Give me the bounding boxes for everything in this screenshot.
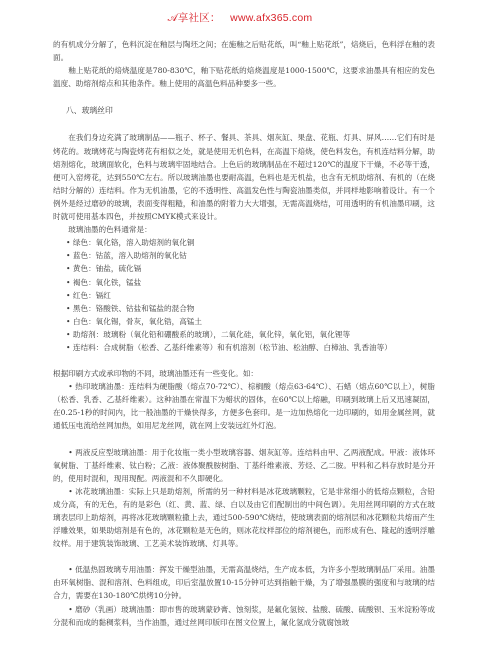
list-item: • 黄色：铀盐，硫化镉 xyxy=(53,262,435,275)
paragraph-two-part-ink: • 两液反应型玻璃油墨：用于化妆瓶一类小型玻璃容器、烟灰缸等。连结料由甲、乙两液… xyxy=(53,446,435,485)
paragraph-low-temp-ink: • 低温热固玻璃专用油墨：挥发干燥型油墨，无需高温烧结，生产成本低，为许多小型玻… xyxy=(53,563,435,602)
list-item: • 红色：镉红 xyxy=(53,289,435,302)
spacer xyxy=(53,433,435,446)
document-page: 的有机成分分解了，色料沉淀在釉层与陶坯之间；在施釉之后贴花纸，叫“釉上贴花纸”，… xyxy=(53,38,435,629)
section-heading: 八、玻璃丝印 xyxy=(66,104,435,117)
list-item: • 助熔剂：玻璃粉（氧化铅和硼酸系的玻璃），二氧化硅，氧化锌，氧化铝，氧化锂等 xyxy=(53,328,435,341)
site-logo: 𝒜享社区： xyxy=(168,12,225,24)
spacer xyxy=(53,550,435,563)
variants-intro: 根据印刷方式或承印物的不同，玻璃油墨还有一些变化。如： xyxy=(53,367,435,380)
list-item: • 白色：氧化锡，骨灰，氧化锆，高锰土 xyxy=(53,315,435,328)
paragraph-firing-temperature: 釉上贴花纸的焙烧温度是780-830℃，釉下贴花纸的焙烧温度是1000-1500… xyxy=(53,64,435,90)
list-item: • 黑色：铬酸铁、钴盐和锰盐的混合物 xyxy=(53,302,435,315)
pigments-intro: 玻璃油墨的色料通常是： xyxy=(53,223,435,236)
list-item: • 蓝色：钴蓝，溶入助熔剂的氧化钴 xyxy=(53,249,435,262)
list-item: • 连结料：合成树脂（松香、乙基纤维素等）和有机溶剂（松节油、松油醇、白樟油、乳… xyxy=(53,341,435,354)
list-item: • 绿色：氧化铬，溶入助熔剂的氧化铜 xyxy=(53,236,435,249)
paragraph-glass-printing-intro: 在我们身边充满了玻璃制品——瓶子、杯子、餐具、茶具、烟灰缸、果盘、花瓶、灯具、屏… xyxy=(53,131,435,223)
list-item: • 褐色：氧化铁，锰盐 xyxy=(53,276,435,289)
site-url-link[interactable]: www.afx365.com xyxy=(230,12,312,24)
site-name: 享社区： xyxy=(178,12,221,24)
paragraph-ice-flower-ink: • 冰花玻璃油墨：实际上只是助熔剂，所需的另一种材料是冰花玻璃颗粒，它是非常细小… xyxy=(53,485,435,550)
paragraph-frosted-ink: • 磨砂（乳画）玻璃油墨：即市售的玻璃蒙砂膏、蚀刻浆，是氟化氢铵、盐酸、硫酸、硫… xyxy=(53,603,435,629)
spacer xyxy=(53,354,435,367)
paragraph-hot-print-ink: • 热印玻璃油墨：连结料为硬脂酸（熔点70-72℃）、棕榈酸（熔点63-64℃）… xyxy=(53,380,435,432)
logo-icon: 𝒜 xyxy=(168,12,178,24)
site-header: 𝒜享社区： www.afx365.com xyxy=(0,10,480,25)
pigment-list: • 绿色：氧化铬，溶入助熔剂的氧化铜 • 蓝色：钴蓝，溶入助熔剂的氧化钴 • 黄… xyxy=(53,236,435,354)
paragraph-continuation: 的有机成分分解了，色料沉淀在釉层与陶坯之间；在施釉之后贴花纸，叫“釉上贴花纸”，… xyxy=(53,38,435,64)
